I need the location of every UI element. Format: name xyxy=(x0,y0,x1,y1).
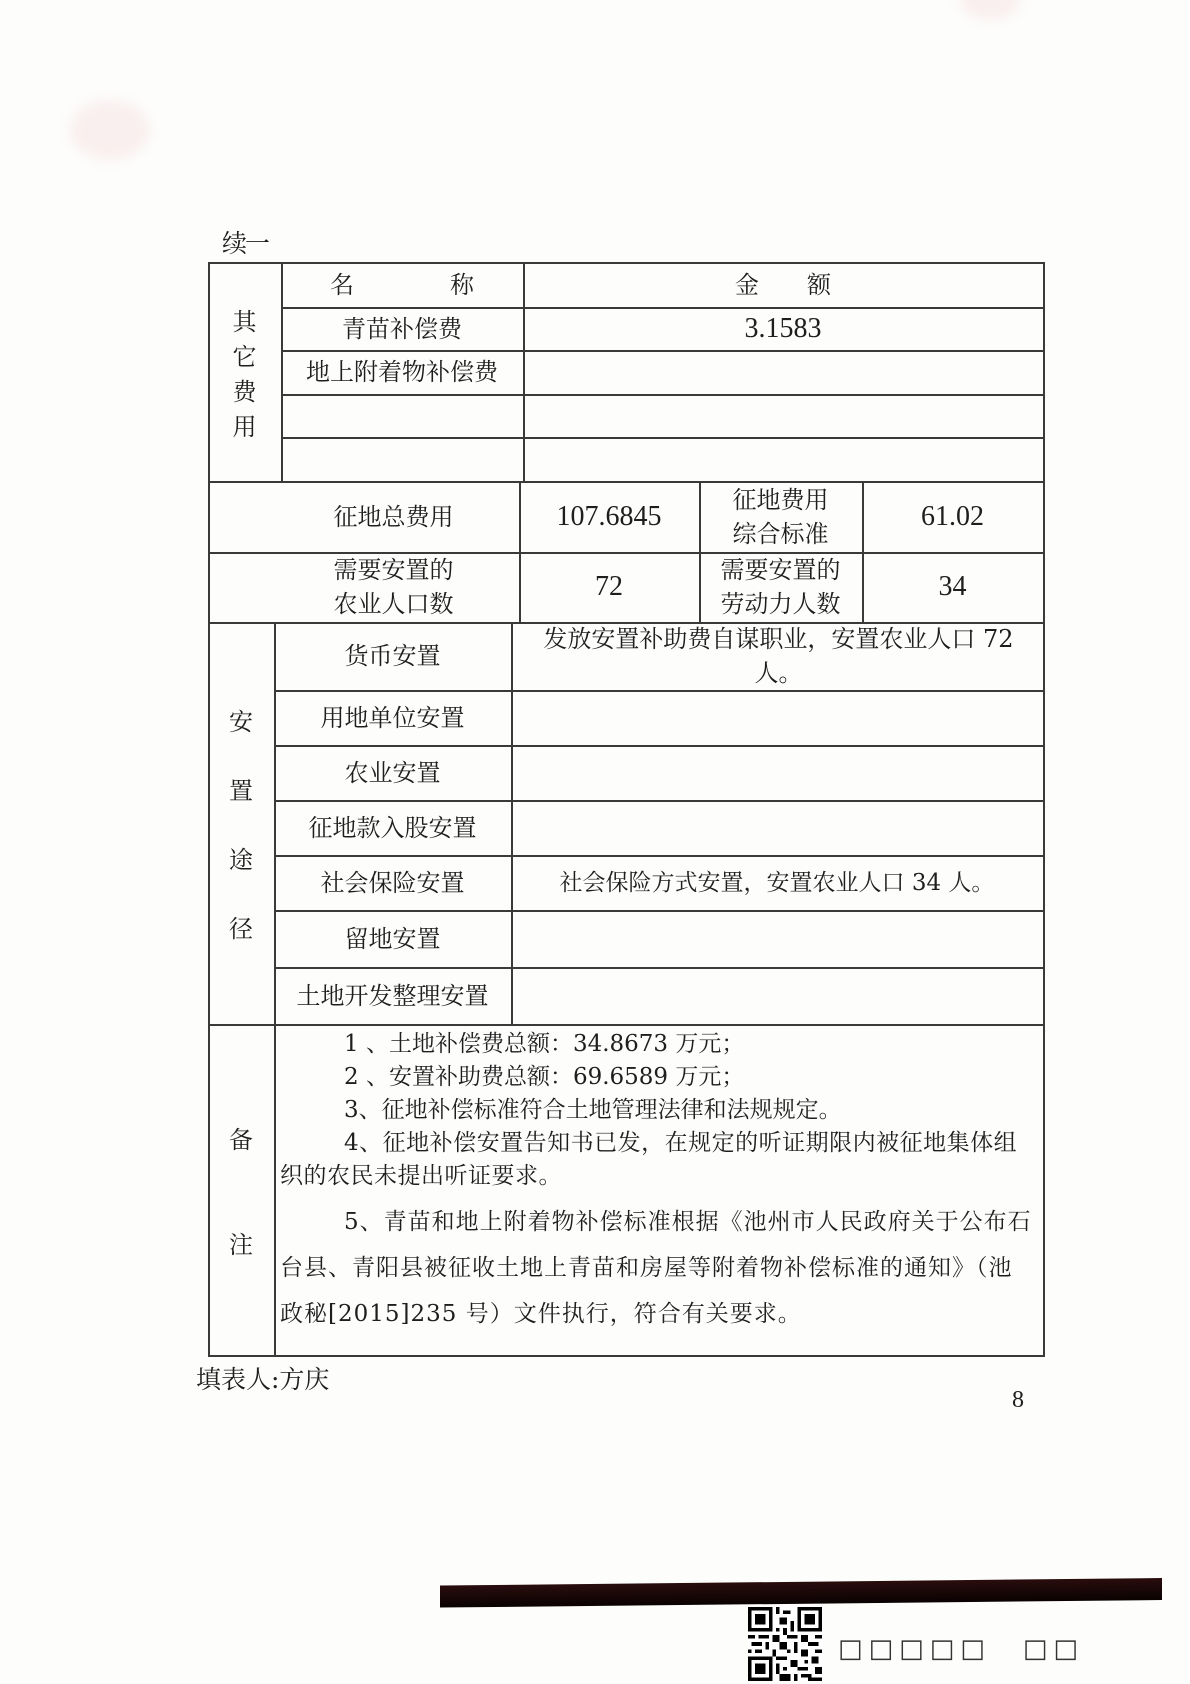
resettlement-name: 留地安置 xyxy=(274,910,511,967)
unrendered-glyphs: □□□□□ □□ xyxy=(838,1628,1084,1665)
remark-item: 4、征地补偿安置告知书已发，在规定的听证期限内被征地集体组织的农民未提出听证要求… xyxy=(280,1127,1036,1193)
fee-name: 青苗补偿费 xyxy=(281,307,523,350)
remarks-list: 1 、土地补偿费总额：34.8673 万元； 2 、安置补助费总额：69.658… xyxy=(280,1028,1036,1337)
resettlement-name: 社会保险安置 xyxy=(274,855,511,910)
remark-item: 2 、安置补助费总额：69.6589 万元； xyxy=(280,1061,1036,1094)
land-acquisition-table: 其 它 费 用 名 称 金 额 青苗补偿费 3.1583 地上附着物补偿费 征地… xyxy=(208,262,1045,1355)
standard-label: 征地费用 综合标准 xyxy=(699,481,862,552)
remark-item: 5、青苗和地上附着物补偿标准根据《池州市人民政府关于公布石台县、青阳县被征收土地… xyxy=(280,1199,1036,1337)
other-fees-category: 其 它 费 用 xyxy=(208,262,281,481)
qr-code-icon[interactable] xyxy=(748,1607,822,1681)
total-cost-value: 107.6845 xyxy=(519,481,699,552)
fee-amount xyxy=(523,394,1043,437)
scan-stain xyxy=(70,100,150,160)
fee-amount xyxy=(523,437,1043,481)
resettlement-name: 农业安置 xyxy=(274,745,511,800)
resettlement-detail xyxy=(511,967,1043,1024)
total-cost-label: 征地总费用 xyxy=(268,481,519,552)
fee-name xyxy=(281,394,523,437)
fee-name: 地上附着物补偿费 xyxy=(281,350,523,394)
agri-pop-value: 72 xyxy=(519,552,699,622)
resettlement-detail xyxy=(511,910,1043,967)
header-amount: 金 额 xyxy=(523,262,1043,307)
remarks-category: 备 注 xyxy=(208,1024,274,1355)
page-number: 8 xyxy=(1012,1387,1024,1414)
resettlement-name: 土地开发整理安置 xyxy=(274,967,511,1024)
standard-value: 61.02 xyxy=(862,481,1043,552)
labor-value: 34 xyxy=(862,552,1043,622)
header-name: 名 称 xyxy=(281,262,523,307)
resettlement-detail: 发放安置补助费自谋职业，安置农业人口 72 人。 xyxy=(516,622,1041,690)
resettlement-detail xyxy=(511,690,1043,745)
resettlement-name: 货币安置 xyxy=(274,622,511,690)
form-filler: 填表人:方庆 xyxy=(196,1360,329,1396)
resettlement-name: 用地单位安置 xyxy=(274,690,511,745)
resettlement-name: 征地款入股安置 xyxy=(274,800,511,855)
remark-item: 3、征地补偿标准符合土地管理法律和法规规定。 xyxy=(280,1094,1036,1127)
fee-amount xyxy=(523,350,1043,394)
agri-pop-label: 需要安置的 农业人口数 xyxy=(268,552,519,622)
continued-label: 续一 xyxy=(222,224,268,260)
resettlement-detail xyxy=(511,800,1043,855)
remark-item: 1 、土地补偿费总额：34.8673 万元； xyxy=(280,1028,1036,1061)
fee-amount: 3.1583 xyxy=(523,307,1043,350)
labor-label: 需要安置的 劳动力人数 xyxy=(699,552,862,622)
scan-stain xyxy=(960,0,1020,20)
resettlement-category: 安 置 途 径 xyxy=(208,622,274,1024)
scan-edge-band xyxy=(440,1578,1162,1608)
resettlement-detail: 社会保险方式安置，安置农业人口 34 人。 xyxy=(511,855,1043,910)
fee-name xyxy=(281,437,523,481)
resettlement-detail xyxy=(511,745,1043,800)
